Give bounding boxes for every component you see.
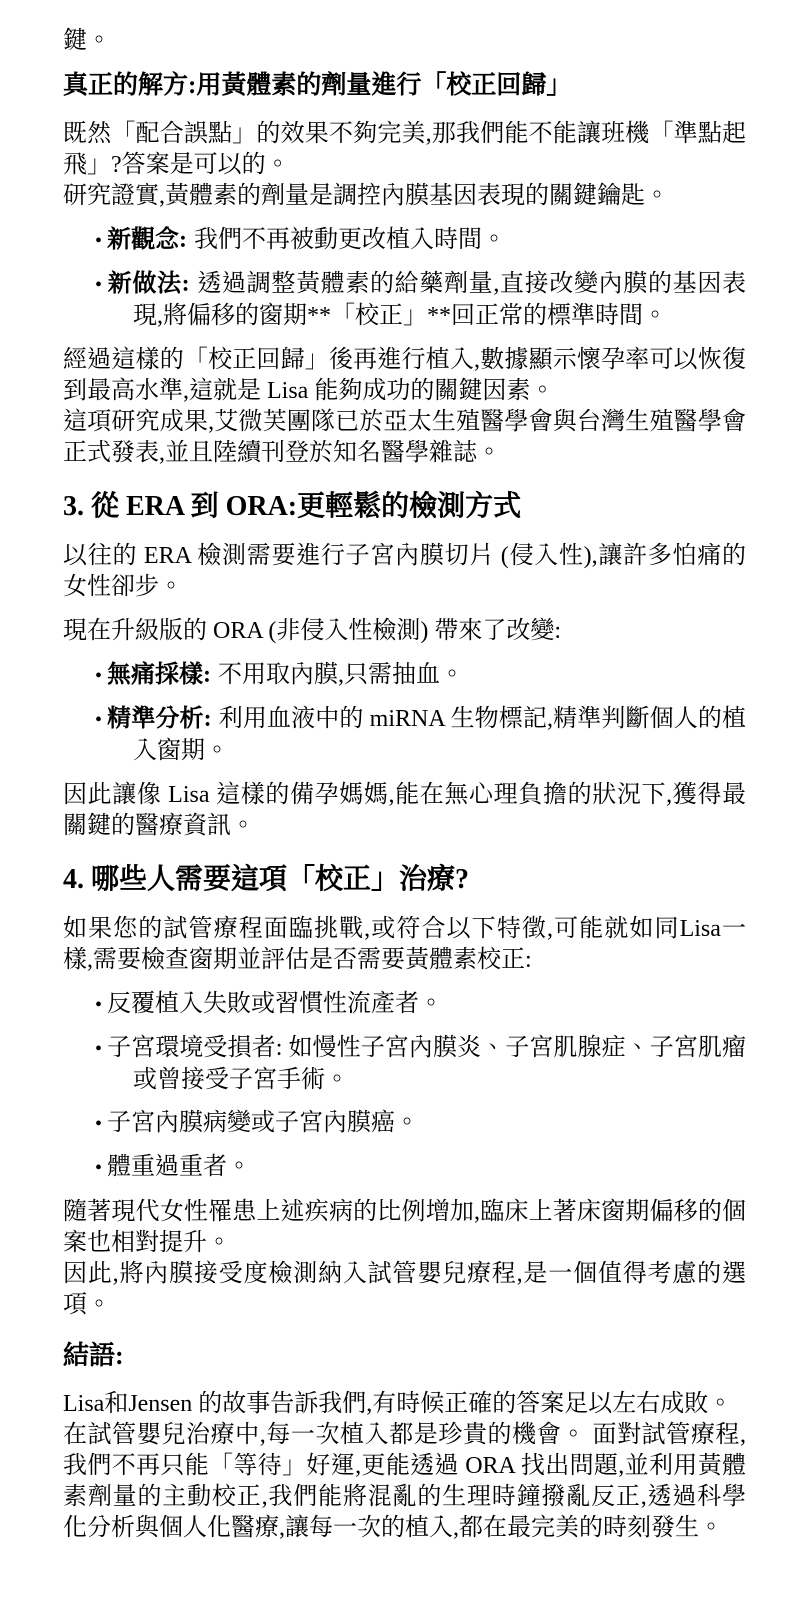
- section-heading-solution: 真正的解方:用黃體素的劑量進行「校正回歸」: [63, 70, 746, 102]
- section-heading-era-ora: 3. 從 ERA 到 ORA:更輕鬆的檢測方式: [63, 489, 746, 525]
- paragraph-line: 鍵。: [63, 26, 746, 57]
- bullet-item: •子宮內膜病變或子宮內膜癌。: [63, 1108, 746, 1140]
- paragraph-line: 這項研究成果,艾微芙團隊已於亞太生殖醫學會與台灣生殖醫學會正式發表,並且陸續刊登…: [63, 407, 746, 469]
- paragraph-line: 以往的 ERA 檢測需要進行子宮內膜切片 (侵入性),讓許多怕痛的女性卻步。: [63, 541, 746, 603]
- bullet-marker: •: [95, 990, 107, 1021]
- bullet-list-who-needs: •反覆植入失敗或習慣性流產者。 •子宮環境受損者: 如慢性子宮內膜炎、子宮肌腺症…: [63, 989, 746, 1184]
- section-heading-who-needs: 4. 哪些人需要這項「校正」治療?: [63, 862, 746, 898]
- bullet-text: 反覆植入失敗或習慣性流產者。: [107, 991, 443, 1017]
- bullet-text: 體重過重者。: [107, 1154, 251, 1180]
- bullet-label: 新觀念:: [107, 227, 187, 253]
- document-page: 鍵。 真正的解方:用黃體素的劑量進行「校正回歸」 既然「配合誤點」的效果不夠完美…: [0, 0, 800, 1597]
- bullet-item: •子宮環境受損者: 如慢性子宮內膜炎、子宮肌腺症、子宮肌瘤或曾接受子宮手術。: [63, 1033, 746, 1096]
- bullet-label: 無痛採樣:: [107, 662, 211, 688]
- paragraph-line: 經過這樣的「校正回歸」後再進行植入,數據顯示懷孕率可以恢復到最高水準,這就是 L…: [63, 345, 746, 407]
- bullet-marker: •: [95, 1034, 107, 1065]
- bullet-text: 透過調整黃體素的給藥劑量,直接改變內膜的基因表現,將偏移的窗期**「校正」**回…: [133, 271, 746, 329]
- paragraph-line: 隨著現代女性罹患上述疾病的比例增加,臨床上著床窗期偏移的個案也相對提升。: [63, 1197, 746, 1259]
- paragraph: 現在升級版的 ORA (非侵入性檢測) 帶來了改變:: [63, 616, 746, 647]
- bullet-text: 子宮內膜病變或子宮內膜癌。: [107, 1110, 419, 1136]
- paragraph: 以往的 ERA 檢測需要進行子宮內膜切片 (侵入性),讓許多怕痛的女性卻步。: [63, 541, 746, 603]
- bullet-marker: •: [95, 661, 107, 692]
- bullet-item: •新觀念:我們不再被動更改植入時間。: [63, 225, 746, 257]
- bullet-marker: •: [95, 1153, 107, 1184]
- bullet-text: 我們不再被動更改植入時間。: [194, 227, 506, 253]
- bullet-text: 利用血液中的 miRNA 生物標記,精準判斷個人的植入窗期。: [133, 706, 746, 764]
- bullet-item: •體重過重者。: [63, 1152, 746, 1184]
- paragraph-line: 現在升級版的 ORA (非侵入性檢測) 帶來了改變:: [63, 616, 746, 647]
- bullet-list-era-ora: •無痛採樣:不用取內膜,只需抽血。 •精準分析:利用血液中的 miRNA 生物標…: [63, 660, 746, 767]
- paragraph: 如果您的試管療程面臨挑戰,或符合以下特徵,可能就如同Lisa一樣,需要檢查窗期並…: [63, 914, 746, 976]
- bullet-text: 子宮環境受損者: 如慢性子宮內膜炎、子宮肌腺症、子宮肌瘤或曾接受子宮手術。: [107, 1035, 746, 1093]
- bullet-item: •無痛採樣:不用取內膜,只需抽血。: [63, 660, 746, 692]
- bullet-marker: •: [95, 1109, 107, 1140]
- paragraph: Lisa和Jensen 的故事告訴我們,有時候正確的答案足以左右成敗。 在試管嬰…: [63, 1389, 746, 1544]
- paragraph-line: 研究證實,黃體素的劑量是調控內膜基因表現的關鍵鑰匙。: [63, 181, 746, 212]
- bullet-item: •精準分析:利用血液中的 miRNA 生物標記,精準判斷個人的植入窗期。: [63, 704, 746, 767]
- paragraph-line: Lisa和Jensen 的故事告訴我們,有時候正確的答案足以左右成敗。: [63, 1389, 746, 1420]
- bullet-label: 新做法:: [107, 271, 190, 297]
- paragraph-line: 如果您的試管療程面臨挑戰,或符合以下特徵,可能就如同Lisa一樣,需要檢查窗期並…: [63, 914, 746, 976]
- paragraph-line: 在試管嬰兒治療中,每一次植入都是珍貴的機會。 面對試管療程,我們不再只能「等待」…: [63, 1420, 746, 1544]
- bullet-item: •新做法:透過調整黃體素的給藥劑量,直接改變內膜的基因表現,將偏移的窗期**「校…: [63, 269, 746, 332]
- bullet-item: •反覆植入失敗或習慣性流產者。: [63, 989, 746, 1021]
- section-heading-conclusion: 結語:: [63, 1339, 746, 1372]
- bullet-list-solution: •新觀念:我們不再被動更改植入時間。 •新做法:透過調整黃體素的給藥劑量,直接改…: [63, 225, 746, 332]
- bullet-text: 不用取內膜,只需抽血。: [218, 662, 464, 688]
- bullet-label: 精準分析:: [107, 706, 212, 732]
- paragraph-line: 因此讓像 Lisa 這樣的備孕媽媽,能在無心理負擔的狀況下,獲得最關鍵的醫療資訊…: [63, 780, 746, 842]
- bullet-marker: •: [95, 226, 107, 257]
- paragraph: 因此讓像 Lisa 這樣的備孕媽媽,能在無心理負擔的狀況下,獲得最關鍵的醫療資訊…: [63, 780, 746, 842]
- bullet-marker: •: [95, 705, 107, 736]
- paragraph-line: 既然「配合誤點」的效果不夠完美,那我們能不能讓班機「準點起飛」?答案是可以的。: [63, 119, 746, 181]
- paragraph: 隨著現代女性罹患上述疾病的比例增加,臨床上著床窗期偏移的個案也相對提升。 因此,…: [63, 1197, 746, 1321]
- paragraph: 經過這樣的「校正回歸」後再進行植入,數據顯示懷孕率可以恢復到最高水準,這就是 L…: [63, 345, 746, 469]
- paragraph: 既然「配合誤點」的效果不夠完美,那我們能不能讓班機「準點起飛」?答案是可以的。 …: [63, 119, 746, 212]
- paragraph-line: 因此,將內膜接受度檢測納入試管嬰兒療程,是一個值得考慮的選項。: [63, 1259, 746, 1321]
- opening-fragment: 鍵。: [63, 26, 746, 57]
- bullet-marker: •: [95, 270, 107, 301]
